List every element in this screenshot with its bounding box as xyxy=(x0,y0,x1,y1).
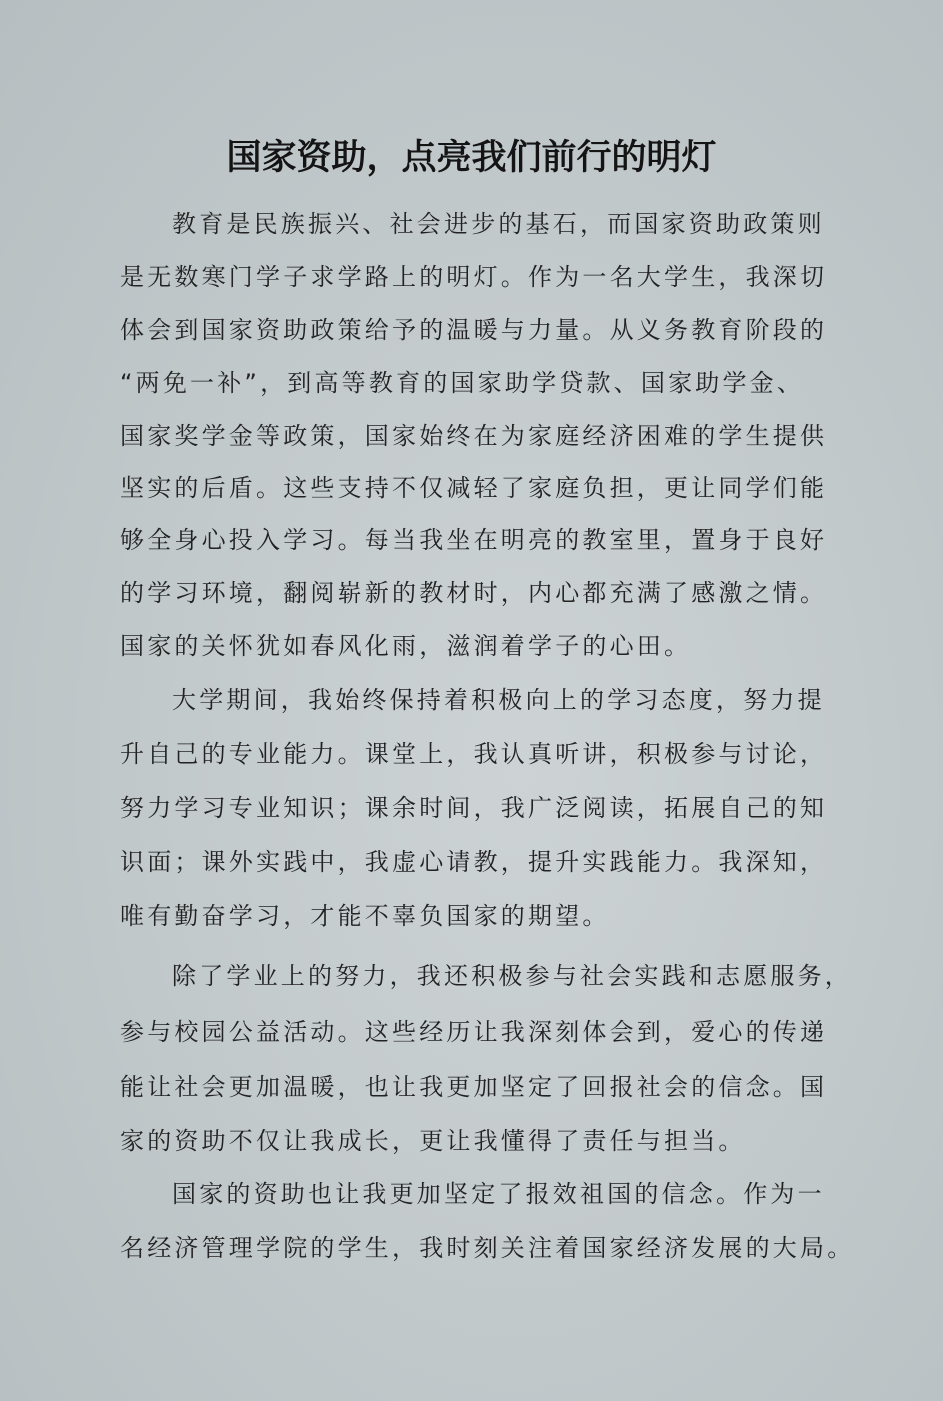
paragraph-3-line-2: 参与校园公益活动。这些经历让我深刻体会到，爱心的传递 xyxy=(120,1016,827,1048)
paragraph-1-line-3: 体会到国家资助政策给予的温暖与力量。从义务教育阶段的 xyxy=(120,314,827,346)
paragraph-2-line-2: 升自己的专业能力。课堂上，我认真听讲，积极参与讨论， xyxy=(120,738,827,770)
paragraph-1-line-6: 坚实的后盾。这些支持不仅减轻了家庭负担，更让同学们能 xyxy=(120,472,827,504)
paragraph-2-line-1: 大学期间，我始终保持着积极向上的学习态度，努力提 xyxy=(172,684,825,716)
paragraph-3-line-1: 除了学业上的努力，我还积极参与社会实践和志愿服务， xyxy=(172,960,852,992)
paragraph-1-line-1: 教育是民族振兴、社会进步的基石，而国家资助政策则 xyxy=(172,208,825,240)
paragraph-1-line-4: “两免一补”，到高等教育的国家助学贷款、国家助学金、 xyxy=(120,367,804,399)
paragraph-1-line-7: 够全身心投入学习。每当我坐在明亮的教室里，置身于良好 xyxy=(120,524,827,556)
paragraph-4-line-1: 国家的资助也让我更加坚定了报效祖国的信念。作为一 xyxy=(172,1178,825,1210)
paragraph-2-line-5: 唯有勤奋学习，才能不辜负国家的期望。 xyxy=(120,900,610,932)
paragraph-2-line-3: 努力学习专业知识；课余时间，我广泛阅读，拓展自己的知 xyxy=(120,792,827,824)
document-title: 国家资助，点亮我们前行的明灯 xyxy=(0,134,943,182)
document-page: 国家资助，点亮我们前行的明灯 教育是民族振兴、社会进步的基石，而国家资助政策则 … xyxy=(0,0,943,1401)
paragraph-3-line-4: 家的资助不仅让我成长，更让我懂得了责任与担当。 xyxy=(120,1125,746,1157)
paragraph-1-line-8: 的学习环境，翻阅崭新的教材时，内心都充满了感激之情。 xyxy=(120,577,827,609)
paragraph-1-line-5: 国家奖学金等政策，国家始终在为家庭经济困难的学生提供 xyxy=(120,420,827,452)
paragraph-2-line-4: 识面；课外实践中，我虚心请教，提升实践能力。我深知， xyxy=(120,846,827,878)
paragraph-1-line-2: 是无数寒门学子求学路上的明灯。作为一名大学生，我深切 xyxy=(120,261,827,293)
paragraph-4-line-2: 名经济管理学院的学生，我时刻关注着国家经济发展的大局。 xyxy=(120,1232,854,1264)
paragraph-1-line-9: 国家的关怀犹如春风化雨，滋润着学子的心田。 xyxy=(120,630,691,662)
paragraph-3-line-3: 能让社会更加温暖，也让我更加坚定了回报社会的信念。国 xyxy=(120,1071,827,1103)
